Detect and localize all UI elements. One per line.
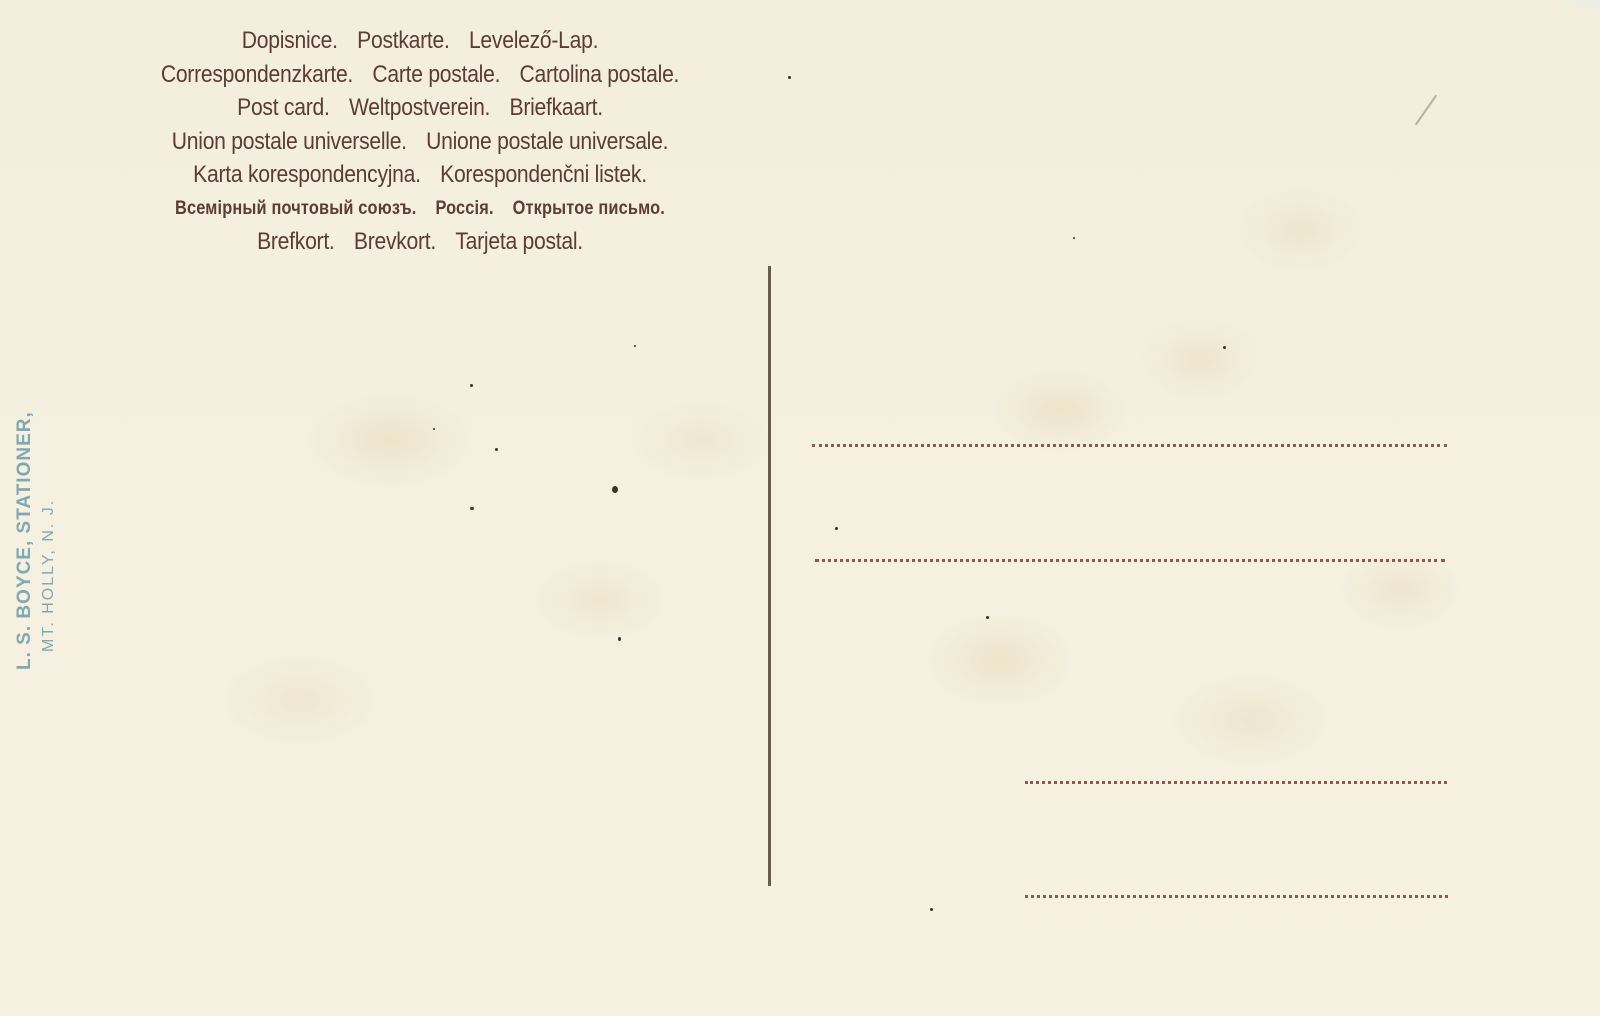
header-text: Correspondenzkarte. <box>161 61 353 88</box>
address-line-1 <box>812 444 1447 447</box>
paper-speck <box>634 345 636 347</box>
paper-speck <box>930 908 933 911</box>
header-text: Union postale universelle. <box>172 128 407 155</box>
header-line-4: Union postale universelle.Unione postale… <box>121 125 719 159</box>
paper-speck <box>612 486 618 493</box>
header-text: Россія. <box>435 198 493 219</box>
header-text: Tarjeta postal. <box>455 228 583 255</box>
imprint-line-2: MT. HOLLY, N. J. <box>38 411 60 670</box>
header-line-3: Post card.Weltpostverein.Briefkaart. <box>121 91 719 125</box>
header-text: Открытое письмо. <box>513 198 665 219</box>
paper-speck <box>470 384 473 387</box>
paper-speck <box>433 428 435 430</box>
paper-speck <box>470 507 474 510</box>
paper-speck <box>835 527 838 530</box>
header-text: Weltpostverein. <box>349 94 490 121</box>
postcard-back: Dopisnice.Postkarte.Levelező-Lap. Corres… <box>0 0 1600 1016</box>
header-text: Dopisnice. <box>242 27 338 54</box>
address-line-2 <box>815 559 1445 562</box>
header-text: Unione postale universale. <box>426 128 668 155</box>
header-text: Karta korespondencyjna. <box>193 161 421 188</box>
paper-speck <box>986 616 989 619</box>
header-line-6-cyrillic: Всемірный почтовый союзъ.Россія.Открытое… <box>128 192 713 226</box>
header-text: Brevkort. <box>354 228 436 255</box>
address-line-4 <box>1025 895 1448 898</box>
header-line-5: Karta korespondencyjna.Korespondenčni li… <box>121 158 719 192</box>
paper-speck <box>788 76 791 79</box>
header-text: Всемірный почтовый союзъ. <box>175 198 417 219</box>
paper-speck <box>1073 237 1075 239</box>
card-corner <box>1560 0 1600 12</box>
paper-speck <box>1223 346 1226 349</box>
multilingual-postcard-header: Dopisnice.Postkarte.Levelező-Lap. Corres… <box>80 24 760 259</box>
header-text: Briefkaart. <box>510 94 603 121</box>
header-line-7: Brefkort.Brevkort.Tarjeta postal. <box>121 225 719 259</box>
paper-speck <box>495 448 498 451</box>
publisher-imprint: L. S. BOYCE, STATIONER, MT. HOLLY, N. J. <box>12 411 60 670</box>
header-line-1: Dopisnice.Postkarte.Levelező-Lap. <box>121 24 719 58</box>
paper-scratch <box>1415 95 1437 126</box>
imprint-line-1: L. S. BOYCE, STATIONER, <box>12 411 38 670</box>
paper-speck <box>618 637 621 641</box>
header-text: Brefkort. <box>257 228 334 255</box>
header-text: Post card. <box>237 94 329 121</box>
header-text: Postkarte. <box>357 27 449 54</box>
header-text: Korespondenčni listek. <box>440 161 647 188</box>
message-address-divider <box>768 266 771 886</box>
address-line-3 <box>1025 781 1447 784</box>
header-text: Cartolina postale. <box>520 61 680 88</box>
header-text: Levelező-Lap. <box>469 27 598 54</box>
header-text: Carte postale. <box>372 61 500 88</box>
header-line-2: Correspondenzkarte.Carte postale.Cartoli… <box>121 58 719 92</box>
